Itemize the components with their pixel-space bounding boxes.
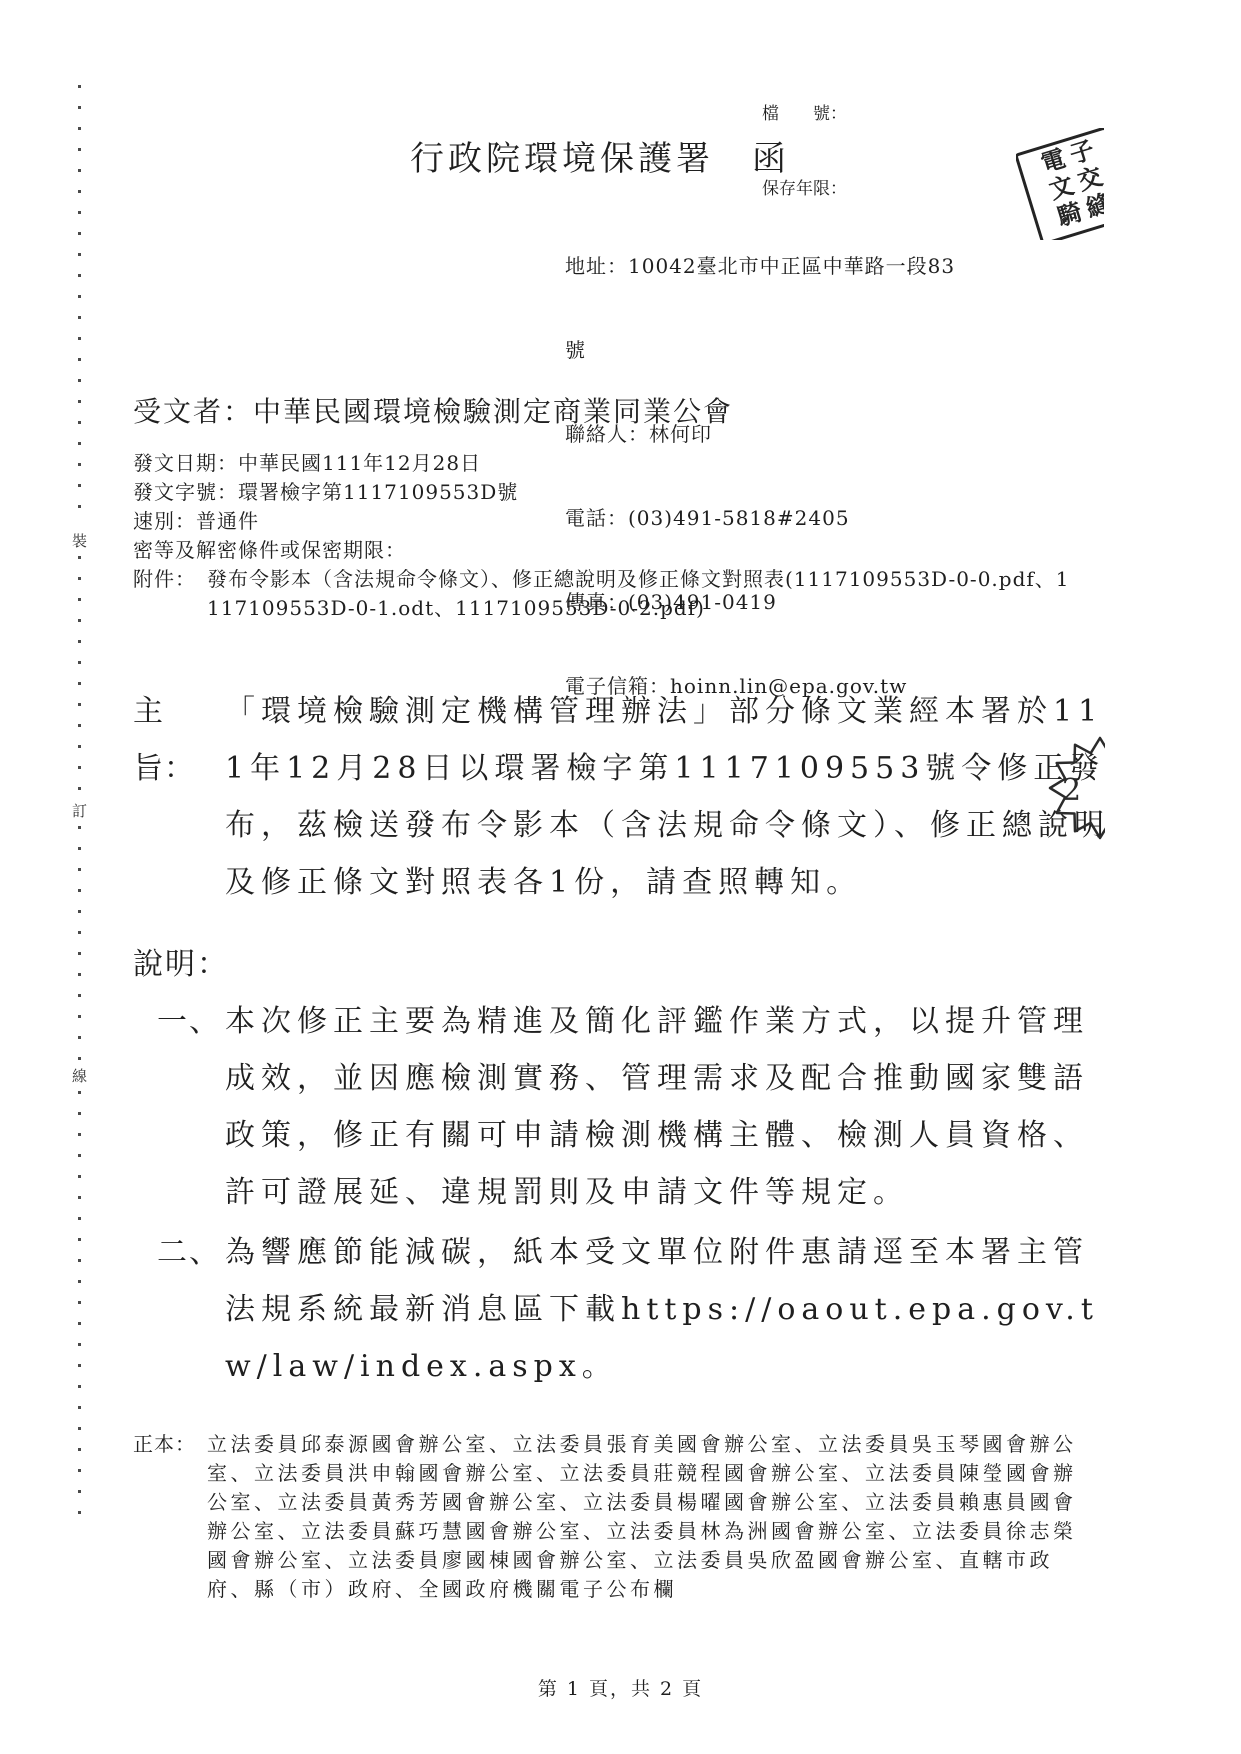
issue-number: 發文字號：環署檢字第1117109553D號	[133, 478, 1083, 507]
attachment-list: 發布令影本（含法規命令條文）、修正總說明及修正條文對照表(1117109553D…	[207, 565, 1083, 623]
document-title: 行政院環境保護署 函	[300, 131, 900, 180]
explanation-item-1-number: 一、	[157, 993, 225, 1221]
explanation-item-1-text: 本次修正主要為精進及簡化評鑑作業方式，以提升管理成效，並因應檢測實務、管理需求及…	[225, 993, 1113, 1221]
sender-address-line2: 號	[565, 336, 955, 364]
explanation-item-1: 一、 本次修正主要為精進及簡化評鑑作業方式，以提升管理成效，並因應檢測實務、管理…	[157, 993, 1113, 1221]
seam-flower-stamp: 2	[1040, 736, 1105, 842]
recipient-line: 受文者：中華民國環境檢驗測定商業同業公會	[133, 390, 733, 430]
binding-dotted-line-segment-1	[78, 85, 81, 525]
binding-mark-ding: 訂	[72, 800, 87, 821]
official-letter-page: 裝 訂 線 檔 號： 保存年限： 行政院環境保護署 函 地址：10042臺北市中…	[0, 0, 1241, 1754]
subject-section: 主旨： 「環境檢驗測定機構管理辦法」部分條文業經本署於111年12月28日以環署…	[133, 683, 1113, 911]
explanation-item-2-number: 二、	[157, 1224, 225, 1395]
issue-date: 發文日期：中華民國111年12月28日	[133, 449, 1083, 478]
seam-stamp-page-number: 2	[1062, 773, 1081, 808]
explanation-item-2-text: 為響應節能減碳，紙本受文單位附件惠請逕至本署主管法規系統最新消息區下載https…	[225, 1224, 1113, 1395]
subject-text: 「環境檢驗測定機構管理辦法」部分條文業經本署於111年12月28日以環署檢字第1…	[225, 683, 1113, 911]
security-classification: 密等及解密條件或保密期限：	[133, 536, 1083, 565]
sender-address-line1: 地址：10042臺北市中正區中華路一段83	[565, 252, 955, 280]
electronic-exchange-stamp-border: 電文騎 子交縫	[1016, 128, 1104, 240]
file-number-label: 檔 號：	[762, 102, 847, 127]
document-meta-block: 發文日期：中華民國111年12月28日 發文字號：環署檢字第1117109553…	[133, 449, 1083, 623]
attachment-row: 附件： 發布令影本（含法規命令條文）、修正總說明及修正條文對照表(1117109…	[133, 565, 1083, 623]
explanation-item-2: 二、 為響應節能減碳，紙本受文單位附件惠請逕至本署主管法規系統最新消息區下載ht…	[157, 1224, 1113, 1395]
attachment-label: 附件：	[133, 565, 207, 594]
explanation-label: 說明：	[133, 936, 229, 993]
binding-dotted-line-segment-2	[78, 556, 81, 798]
binding-dotted-line-segment-4	[78, 1091, 81, 1523]
copy-to-recipients: 立法委員邱泰源國會辦公室、立法委員張育美國會辦公室、立法委員吳玉琴國會辦公室、立…	[207, 1430, 1085, 1604]
copy-to-label: 正本：	[133, 1430, 207, 1604]
binding-mark-xian: 線	[72, 1065, 87, 1086]
copy-to-section: 正本： 立法委員邱泰源國會辦公室、立法委員張育美國會辦公室、立法委員吳玉琴國會辦…	[133, 1430, 1085, 1604]
priority-level: 速別：普通件	[133, 507, 1083, 536]
page-number-footer: 第 1 頁，共 2 頁	[0, 1674, 1241, 1701]
flower-stamp-icon: 2	[1040, 736, 1105, 842]
electronic-exchange-stamp: 電文騎 子交縫	[1016, 128, 1104, 240]
binding-mark-zhuang: 裝	[72, 530, 87, 551]
binding-dotted-line-segment-3	[78, 826, 81, 1063]
subject-label: 主旨：	[133, 683, 225, 911]
